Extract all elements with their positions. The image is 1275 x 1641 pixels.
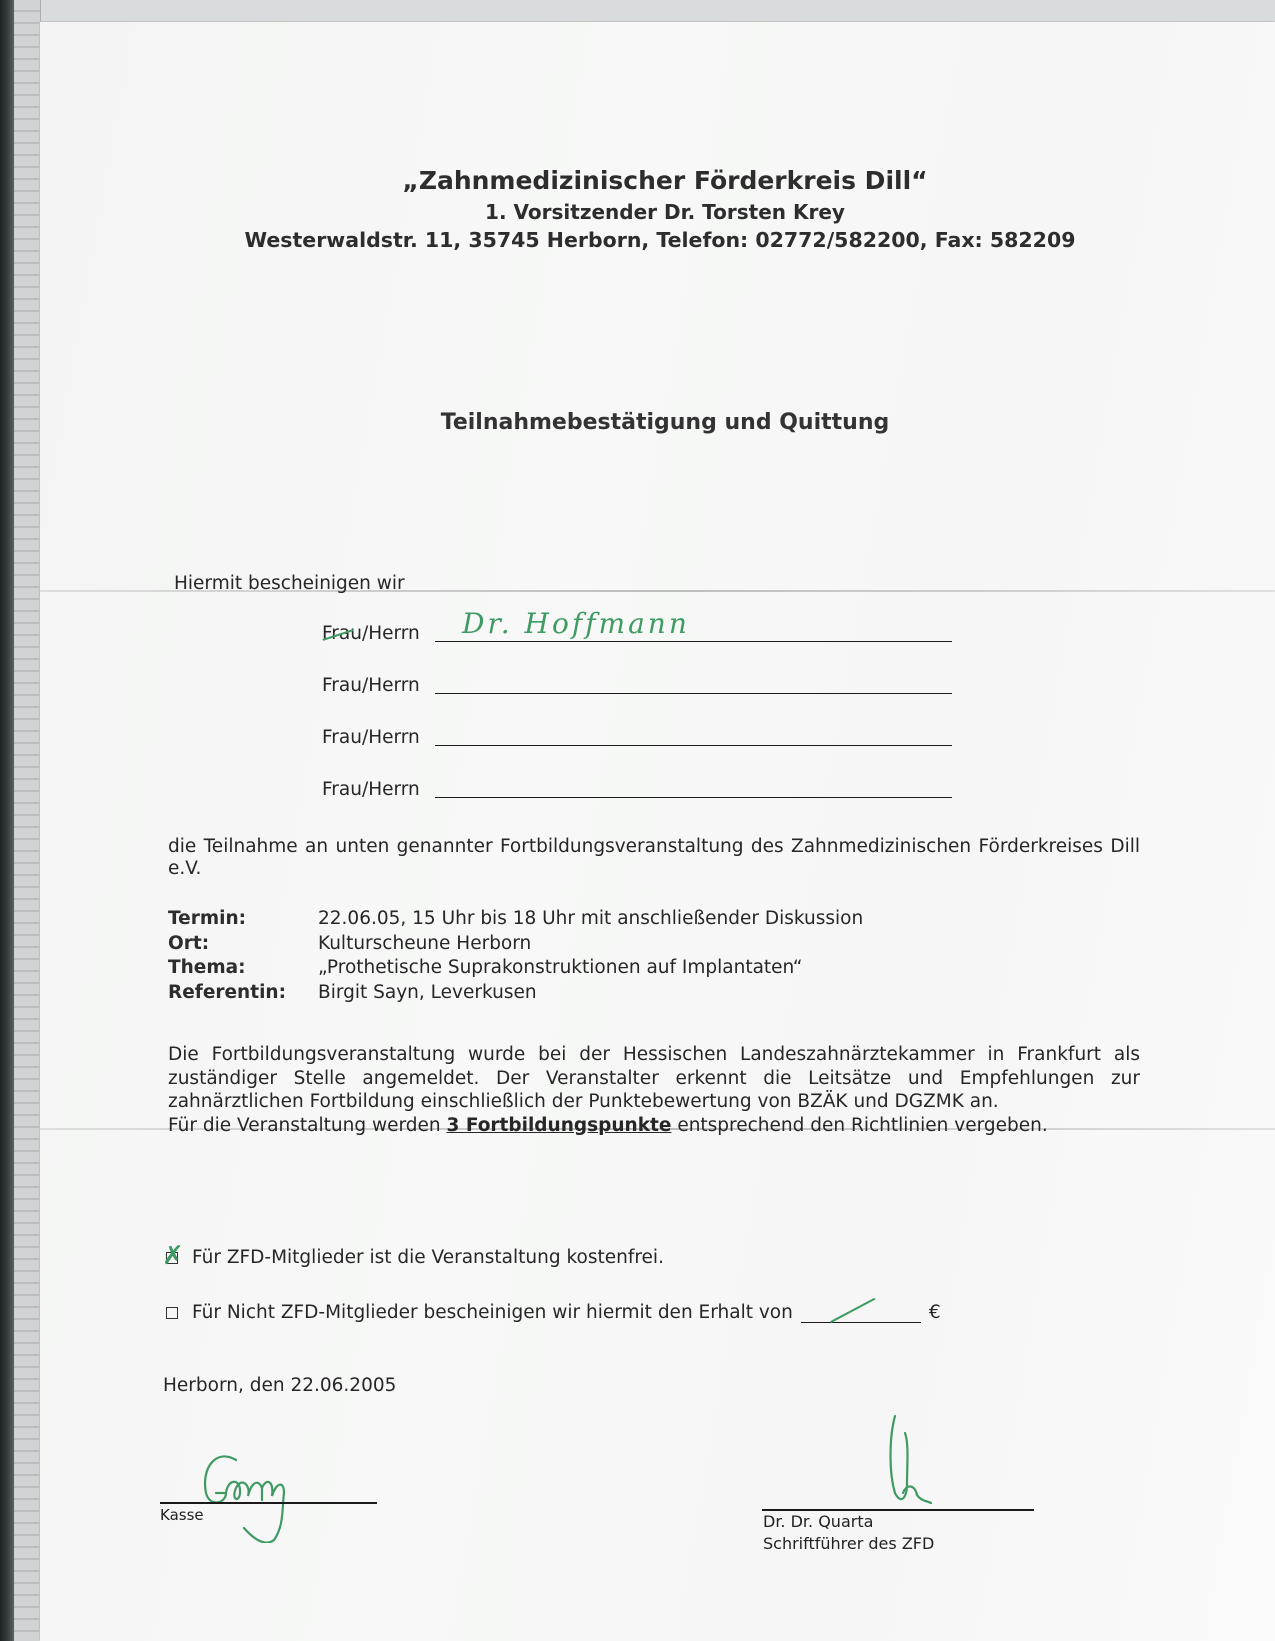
handwritten-check-x-icon: ✗ (162, 1243, 184, 1269)
event-row-date: Termin: 22.06.05, 15 Uhr bis 18 Uhr mit … (168, 908, 968, 933)
accreditation-text: Die Fortbildungsveranstaltung wurde bei … (168, 1043, 1140, 1137)
participant-field-1[interactable]: Frau/Herrn Dr. Hoffmann (322, 616, 952, 646)
checkbox-non-members[interactable] (166, 1307, 178, 1319)
secretary-signature (885, 1413, 955, 1508)
secretary-label: Dr. Dr. Quarta Schriftführer des ZFD (763, 1511, 934, 1555)
participant-label: Frau/Herrn (322, 675, 420, 696)
continuing-education-points: 3 Fortbildungspunkte (447, 1115, 672, 1136)
participant-field-3[interactable]: Frau/Herrn (322, 720, 952, 750)
event-value: Birgit Sayn, Leverkusen (318, 982, 537, 1007)
currency-symbol: € (929, 1302, 941, 1323)
event-row-topic: Thema: „Prothetische Suprakonstruktionen… (168, 957, 968, 982)
organization-name: „Zahnmedizinischer Förderkreis Dill“ (300, 166, 1030, 195)
points-prefix: Für die Veranstaltung werden (168, 1115, 441, 1136)
address-line: Westerwaldstr. 11, 35745 Herborn, Telefo… (170, 228, 1150, 252)
points-suffix: entsprechend den Richtlinien vergeben. (677, 1115, 1047, 1136)
accreditation-body: Die Fortbildungsveranstaltung wurde bei … (168, 1044, 1140, 1112)
participant-label: Frau/Herrn (322, 727, 420, 748)
event-value: 22.06.05, 15 Uhr bis 18 Uhr mit anschlie… (318, 908, 863, 933)
amount-field[interactable] (801, 1302, 921, 1323)
event-key: Thema: (168, 957, 318, 982)
intro-text: Hiermit bescheinigen wir (174, 573, 405, 594)
document-title: Teilnahmebestätigung und Quittung (340, 410, 990, 435)
option-label: Für ZFD-Mitglieder ist die Veranstaltung… (192, 1247, 664, 1268)
non-member-payment-option[interactable]: Für Nicht ZFD-Mitglieder bescheinigen wi… (160, 1302, 941, 1323)
participant-field-2[interactable]: Frau/Herrn (322, 668, 952, 698)
participant-field-4[interactable]: Frau/Herrn (322, 772, 952, 802)
member-free-option[interactable]: ✗ Für ZFD-Mitglieder ist die Veranstaltu… (160, 1247, 664, 1268)
document-page (40, 22, 1275, 1641)
signature-line (435, 797, 952, 799)
checkbox-members[interactable]: ✗ (166, 1252, 178, 1264)
event-value: „Prothetische Suprakonstruktionen auf Im… (318, 957, 803, 982)
signature-line (435, 745, 952, 747)
event-details: Termin: 22.06.05, 15 Uhr bis 18 Uhr mit … (168, 908, 968, 1006)
secretary-name: Dr. Dr. Quarta (763, 1511, 934, 1533)
handwritten-participant-name: Dr. Hoffmann (462, 607, 690, 640)
participant-label: Frau/Herrn (322, 779, 420, 800)
scanner-binder-edge (0, 0, 14, 1641)
event-value: Kulturscheune Herborn (318, 933, 531, 958)
place-and-date: Herborn, den 22.06.2005 (163, 1375, 396, 1396)
signature-line (435, 693, 952, 695)
event-key: Ort: (168, 933, 318, 958)
event-row-speaker: Referentin: Birgit Sayn, Leverkusen (168, 982, 968, 1007)
secretary-role: Schriftführer des ZFD (763, 1533, 934, 1555)
event-row-location: Ort: Kulturscheune Herborn (168, 933, 968, 958)
cashier-signature (196, 1448, 306, 1543)
signature-line (435, 641, 952, 643)
chairman-line: 1. Vorsitzender Dr. Torsten Krey (300, 200, 1030, 224)
sleeve-perforation-strip (14, 0, 41, 1641)
option-label: Für Nicht ZFD-Mitglieder bescheinigen wi… (192, 1302, 793, 1323)
cashier-label: Kasse (160, 1506, 204, 1524)
event-key: Referentin: (168, 982, 318, 1007)
event-key: Termin: (168, 908, 318, 933)
participation-text: die Teilnahme an unten genannter Fortbil… (168, 836, 1140, 880)
cashier-signature-line (160, 1502, 377, 1504)
